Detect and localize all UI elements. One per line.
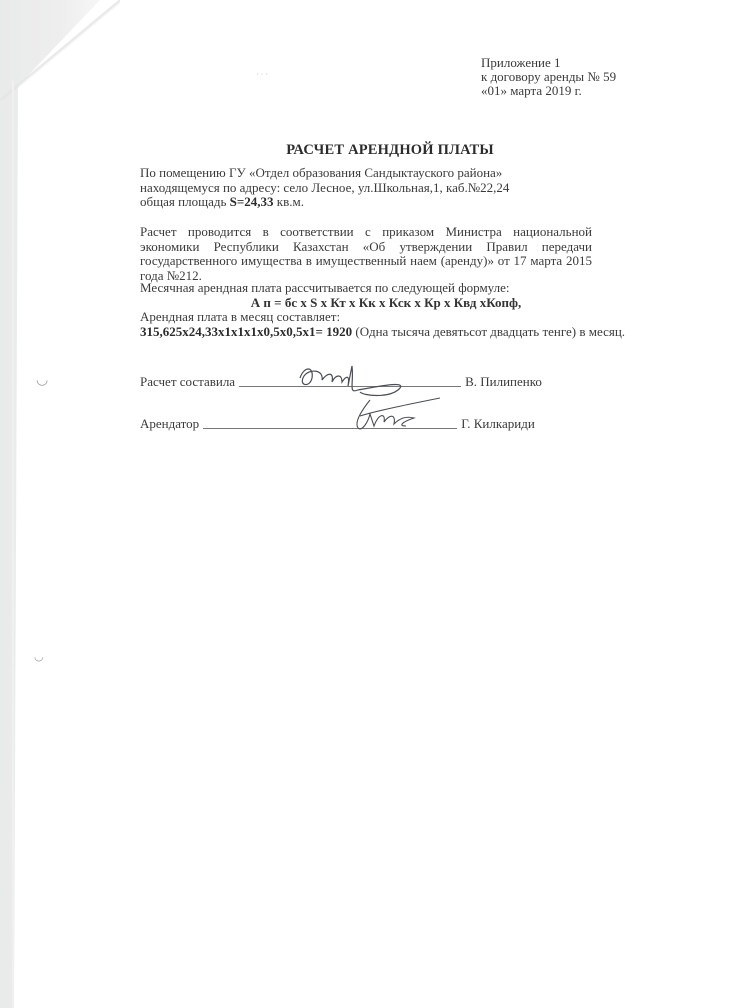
monthly-rent-result: 315,625х24,33х1х1х1х0,5х0,5х1= 1920 (Одн… xyxy=(140,325,592,340)
legal-basis-text: Расчет проводится в соответствии с прика… xyxy=(140,225,592,283)
rent-expression: 315,625х24,33х1х1х1х0,5х0,5х1= 1920 xyxy=(140,324,352,339)
monthly-rent-label: Арендная плата в месяц составляет: xyxy=(140,310,592,325)
contract-reference: к договору аренды № 59 xyxy=(481,70,616,84)
signature-label: Расчет составила xyxy=(140,374,235,390)
signatory-name: В. Пилипенко xyxy=(465,374,542,390)
premises-info: По помещению ГУ «Отдел образования Санды… xyxy=(140,166,592,210)
premises-area: общая площадь S=24,33 кв.м. xyxy=(140,195,592,210)
document-title: РАСЧЕТ АРЕНДНОЙ ПЛАТЫ xyxy=(0,142,732,159)
scan-fold-crease xyxy=(0,0,120,100)
signatory-name: Г. Килкариди xyxy=(461,416,535,432)
rent-amount-words: (Одна тысяча девятьсот двадцать тенге) в… xyxy=(352,324,625,339)
handwritten-signature-tenant xyxy=(340,392,450,434)
scan-speck: · · · xyxy=(256,70,268,79)
appendix-reference: Приложение 1 к договору аренды № 59 «01»… xyxy=(481,56,616,98)
rent-calculation: Месячная арендная плата рассчитывается п… xyxy=(140,281,592,339)
contract-date: «01» марта 2019 г. xyxy=(481,84,616,98)
legal-basis: Расчет проводится в соответствии с прика… xyxy=(140,225,592,283)
punch-hole-mark: ◡ xyxy=(36,372,48,389)
rent-formula: А п = бс х S х Кт х Кк х Кск х Кр х Квд … xyxy=(140,296,592,311)
scan-page-edge xyxy=(12,80,14,1008)
signature-row-tenant: Арендатор Г. Килкариди xyxy=(140,416,535,432)
premises-address: находящемуся по адресу: село Лесное, ул.… xyxy=(140,181,592,196)
area-value: S=24,33 xyxy=(230,194,274,209)
appendix-number: Приложение 1 xyxy=(481,56,616,70)
formula-intro: Месячная арендная плата рассчитывается п… xyxy=(140,281,592,296)
premises-organization: По помещению ГУ «Отдел образования Санды… xyxy=(140,166,592,181)
signature-label: Арендатор xyxy=(140,416,199,432)
punch-hole-mark: ◡ xyxy=(34,650,44,663)
